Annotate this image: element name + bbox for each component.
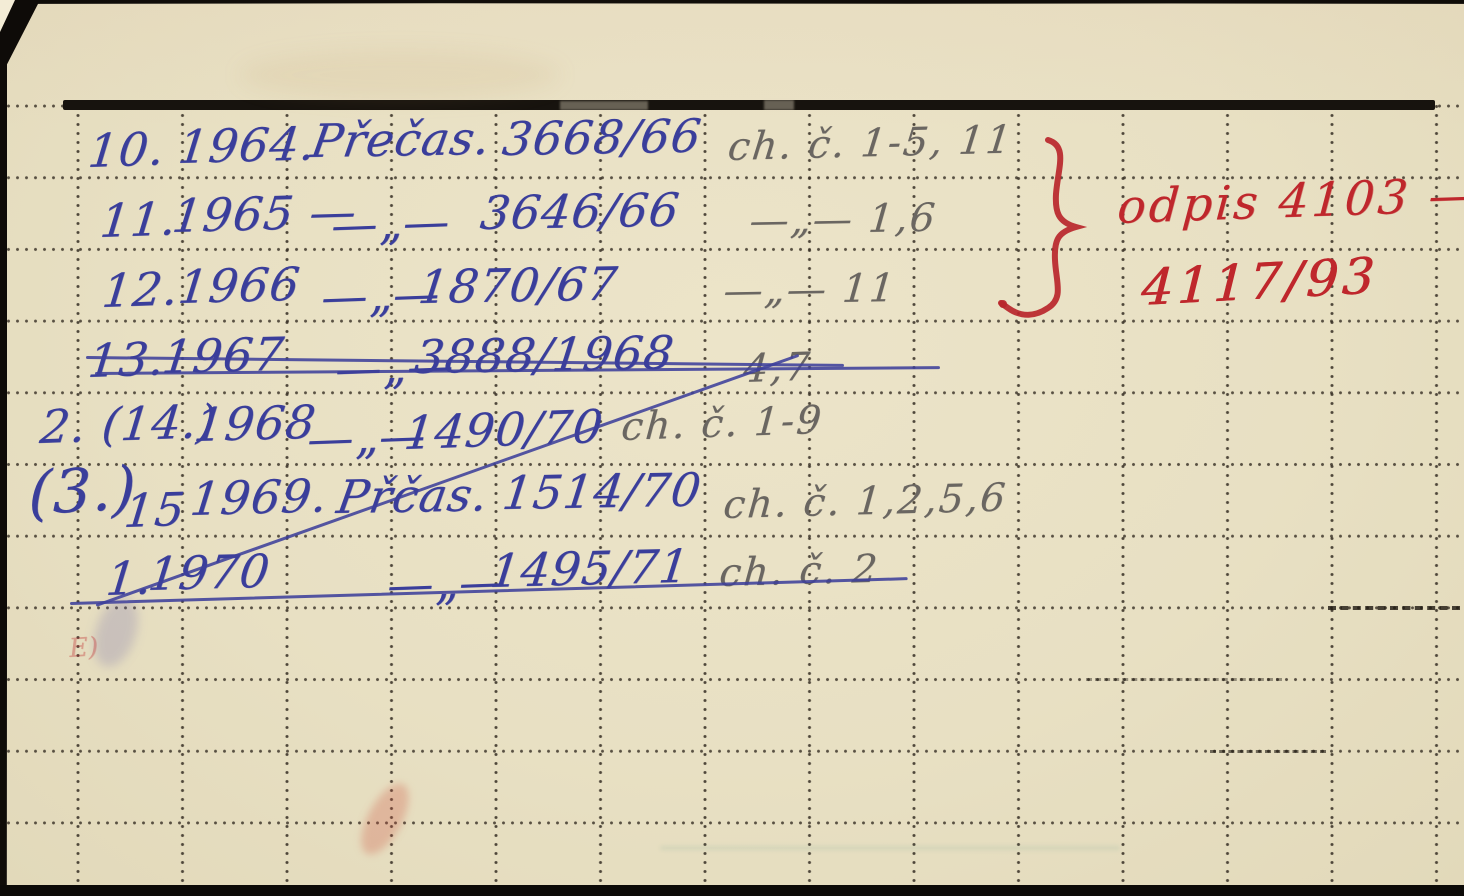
entry-2-chapter-note: —„— 1,6 — [748, 199, 938, 241]
rule-wear-mark — [560, 101, 648, 110]
paper-stain — [240, 50, 560, 100]
entry-6-reference: 1514/70 — [500, 467, 704, 516]
entry-5-reference: 1490/70 — [402, 403, 606, 456]
entry-7-chapter-note: ch. č. 2 — [718, 550, 881, 593]
rule-wear-mark — [764, 100, 794, 110]
entry-3-number: 12. — [100, 265, 181, 314]
entry-2-ditto: —„— — [330, 198, 450, 248]
bold-dash-mark — [1086, 678, 1282, 681]
scanned-card-page: { "rows": [ {"num":"10.","year":"1964.",… — [0, 0, 1464, 896]
entry-1-reference: 3668/66 — [500, 113, 704, 162]
scan-edge-bottom — [0, 885, 1464, 896]
red-note-line1: odpis 4103 — — [1116, 171, 1464, 231]
entry-1-year: 1964. — [176, 120, 318, 170]
red-brace — [998, 134, 1098, 324]
entry-6-prefix: (3.) — [28, 458, 137, 524]
entry-1-source: Přečas. — [308, 115, 494, 164]
entry-4-number: 13. — [86, 335, 167, 384]
scan-edge-top — [0, 0, 1464, 4]
entry-5-year: 1968 — [192, 399, 319, 448]
entry-7-year: 1970 — [146, 548, 273, 597]
faint-red-mark: E) — [68, 634, 99, 662]
entry-1-number: 10. — [86, 125, 167, 174]
entry-1-chapter-note: ch. č. 1-5, 11 — [726, 121, 1015, 167]
entry-3-chapter-note: —„— 11 — [722, 269, 898, 311]
scan-edge-left — [0, 0, 7, 896]
entry-6-chapter-note: ch. č. 1,2,5,6 — [722, 479, 1009, 525]
entry-3-reference: 1870/67 — [416, 261, 620, 310]
entry-2-number: 11. — [98, 195, 179, 244]
entry-6-number: 15 — [122, 486, 188, 534]
entry-2-reference: 3646/66 — [478, 187, 682, 236]
entry-3-year: 1966 — [176, 261, 303, 310]
card-corner-notch — [0, 0, 15, 32]
red-note-line2: 4117/93 — [1140, 251, 1379, 313]
entry-6-year: 1969. — [188, 472, 330, 522]
bold-dash-mark — [1328, 606, 1460, 610]
bleed-through-streak — [660, 846, 1120, 850]
bold-dash-mark — [1210, 750, 1326, 753]
black-rule — [63, 100, 1435, 110]
